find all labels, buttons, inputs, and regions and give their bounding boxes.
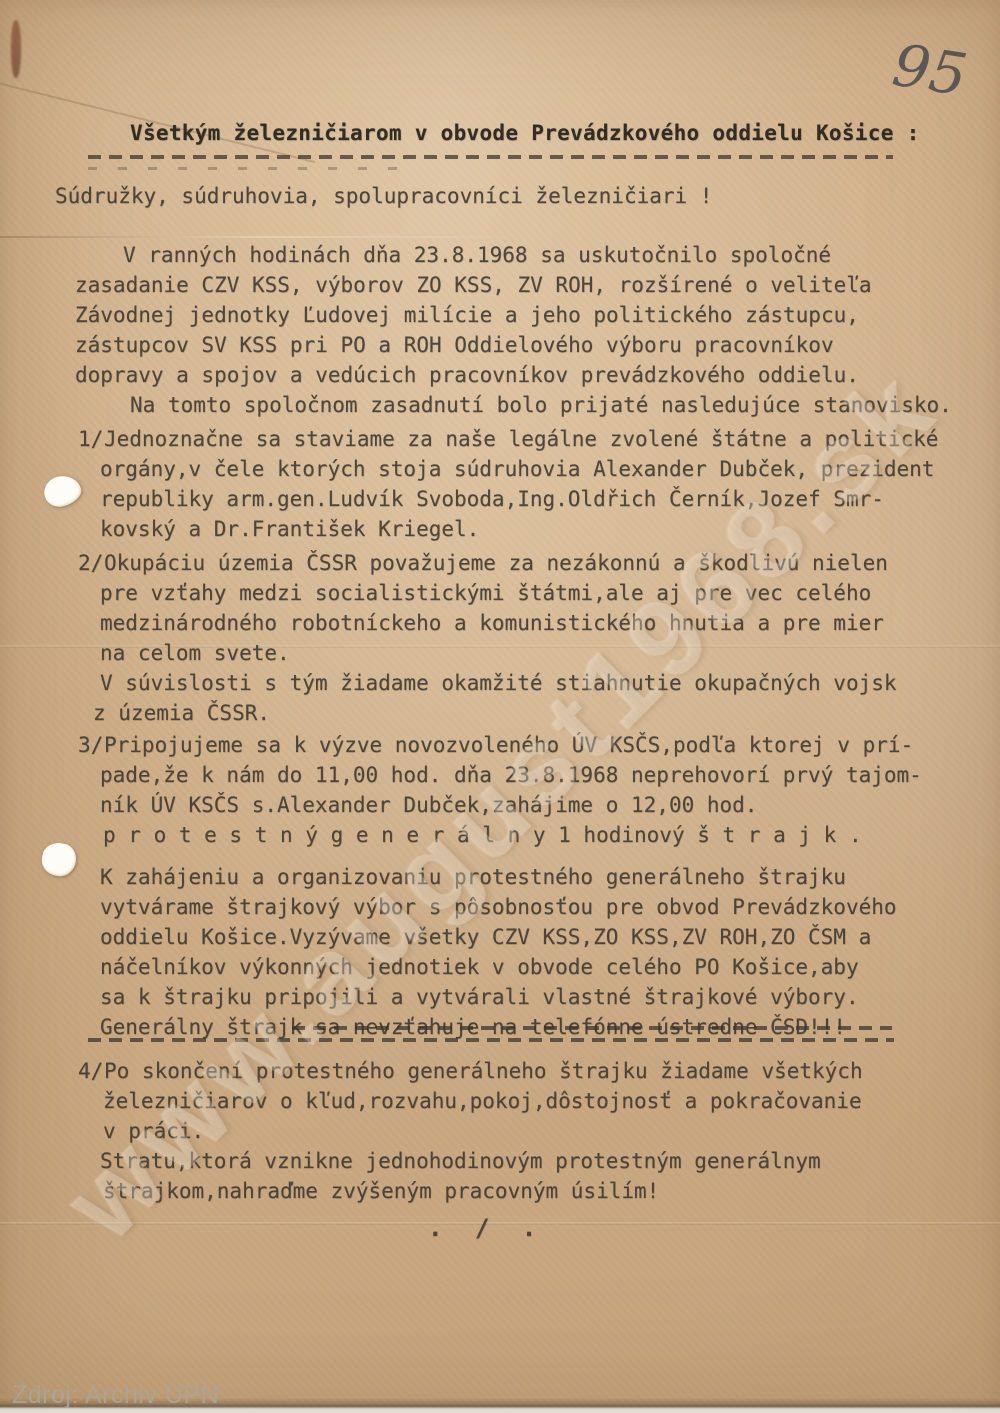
salutation-line: Súdružky, súdruhovia, spolupracovníci že… — [55, 184, 712, 208]
document-line: medzinárodného robotníckeho a komunistic… — [100, 608, 1000, 638]
source-credit-label: Zdroj: Archiv ÚPN — [12, 1381, 219, 1410]
document-line: z územia ČSSR. — [93, 698, 1000, 728]
document-body: V ranných hodinách dňa 23.8.1968 sa usku… — [0, 240, 1000, 1206]
handwritten-page-number: 95 — [888, 31, 972, 110]
page-end-mark: . / . — [428, 1214, 545, 1242]
document-line: republiky arm.gen.Ludvík Svoboda,Ing.Old… — [100, 484, 1000, 514]
document-line: v práci. — [103, 1116, 1000, 1146]
document-line: pre vzťahy medzi socialistickými štátmi,… — [100, 578, 1000, 608]
document-line: Stratu,ktorá vznikne jednohodinovým prot… — [100, 1146, 1000, 1176]
document-line: na celom svete. — [100, 638, 1000, 668]
document-line: 3/Pripojujeme sa k výzve novozvoleného Ú… — [78, 730, 1000, 760]
document-line: pade,že k nám do 11,00 hod. dňa 23.8.196… — [100, 760, 1000, 790]
line-text: Po skončení protestného generálneho štra… — [104, 1059, 863, 1083]
document-line: vytvárame štrajkový výbor s pôsobnosťou … — [100, 892, 1000, 922]
document-line: V súvislosti s tým žiadame okamžité stia… — [100, 668, 1000, 698]
document-line: ník ÚV KSČS s.Alexander Dubček,zahájime … — [100, 790, 1000, 820]
document-line: sa k štrajku pripojili a vytvárali vlast… — [100, 982, 1000, 1012]
document-line: dopravy a spojov a vedúcich pracovníkov … — [75, 360, 1000, 390]
edge-ink-stain — [11, 20, 21, 78]
document-line: oddielu Košice.Vyzývame všetky CZV KSS,Z… — [100, 922, 1000, 952]
document-line: štrajkom,nahraďme zvýšeným pracovným úsi… — [103, 1176, 1000, 1206]
document-line: 4/Po skončení protestného generálneho št… — [78, 1056, 1000, 1086]
document-line: 2/Okupáciu územia ČSSR považujeme za nez… — [78, 548, 1000, 578]
item-marker: 4/ — [78, 1056, 104, 1086]
title-dashed-underline — [88, 155, 893, 159]
document-line: zasadanie CZV KSS, výborov ZO KSS, ZV RO… — [75, 270, 1000, 300]
scanned-document-page: 95 Všetkým železničiarom v obvode Prevád… — [0, 0, 1000, 1413]
line-text: Okupáciu územia ČSSR považujeme za nezák… — [104, 551, 888, 575]
item-marker: 3/ — [78, 730, 104, 760]
document-line: V ranných hodinách dňa 23.8.1968 sa usku… — [123, 240, 1000, 270]
document-line: 1/Jednoznačne sa staviame za naše legáln… — [78, 424, 1000, 454]
document-line: železničiarov o kľud,rozvahu,pokoj,dôsto… — [103, 1086, 1000, 1116]
item-marker: 1/ — [78, 424, 104, 454]
document-line: K zahájeniu a organizovaniu protestného … — [100, 862, 1000, 892]
document-title: Všetkým železničiarom v obvode Prevádzko… — [130, 121, 920, 145]
document-line: p r o t e s t n ý g e n e r á l n y 1 ho… — [103, 820, 1000, 850]
document-line: Na tomto spoločnom zasadnutí bolo prijat… — [130, 390, 1000, 420]
dashed-divider-upper — [292, 1026, 892, 1030]
document-line: Závodnej jednotky Ľudovej milície a jeho… — [75, 300, 1000, 330]
document-line: náčelníkov výkonných jednotiek v obvode … — [100, 952, 1000, 982]
line-text: Pripojujeme sa k výzve novozvoleného ÚV … — [104, 733, 913, 757]
paper-crease — [0, 236, 520, 238]
line-text: Jednoznačne sa staviame za naše legálne … — [104, 427, 938, 451]
document-line: orgány,v čele ktorých stoja súdruhovia A… — [100, 454, 1000, 484]
document-line: kovský a Dr.František Kriegel. — [100, 514, 1000, 544]
title-dashed-underline-2 — [88, 167, 418, 170]
dashed-divider-lower — [88, 1038, 894, 1042]
document-line: zástupcov SV KSS pri PO a ROH Oddielovéh… — [75, 330, 1000, 360]
item-marker: 2/ — [78, 548, 104, 578]
